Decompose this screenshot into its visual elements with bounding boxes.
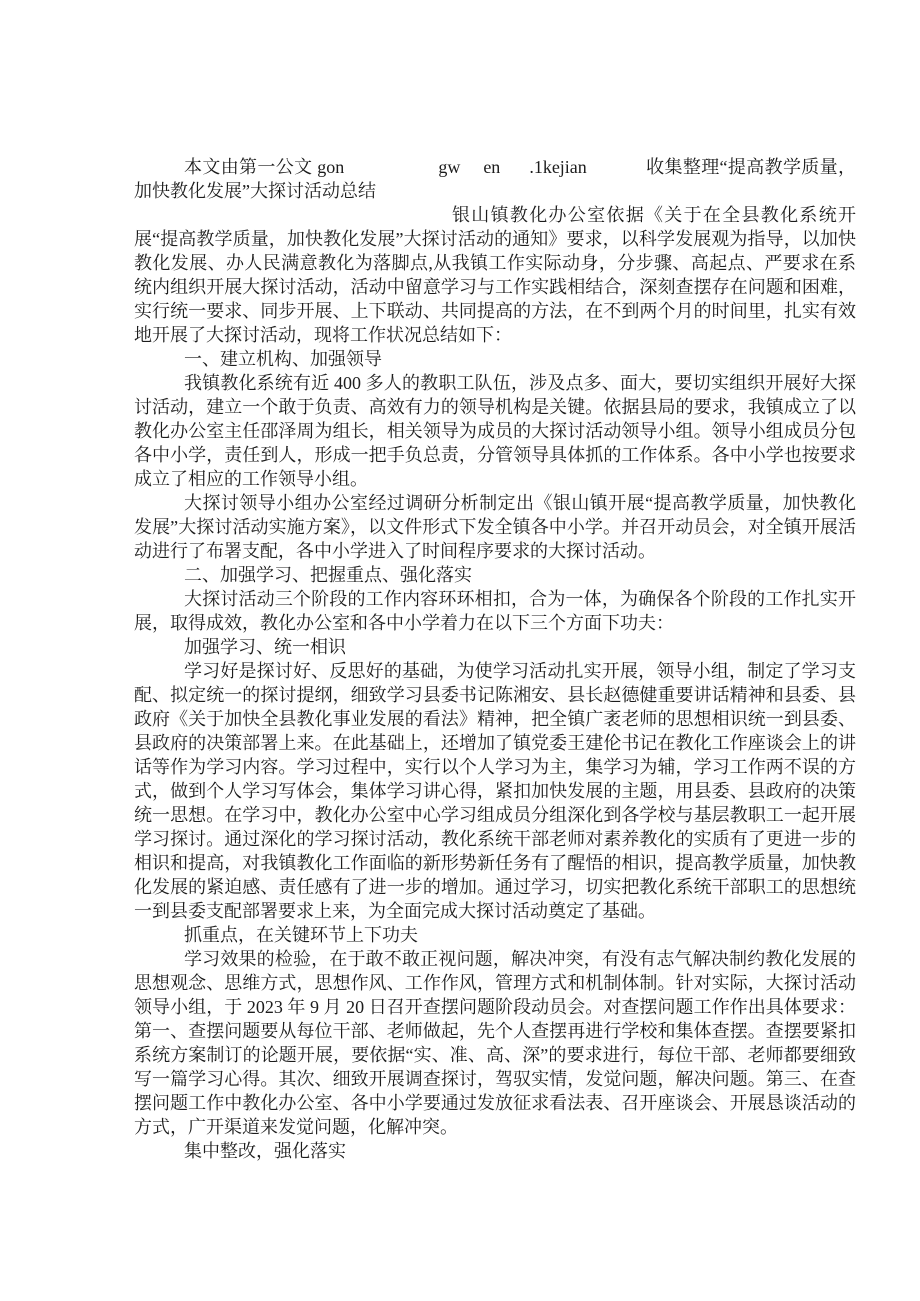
paragraph-study-activities: 学习好是探讨好、反思好的基础，为使学习活动扎实开展，领导小组，制定了学习支配、拟… <box>134 659 856 923</box>
paragraph-problem-inspection: 学习效果的检验，在于敢不敢正视问题，解决冲突，有没有志气解决制约教化发展的思想观… <box>134 947 856 1139</box>
subheading-strengthen-study: 加强学习、统一相识 <box>134 635 856 659</box>
source-segment-kejian: .1kejian <box>529 157 586 177</box>
subheading-key-links: 抓重点，在关键环节上下功夫 <box>134 923 856 947</box>
subheading-rectification: 集中整改，强化落实 <box>134 1139 856 1163</box>
heading-section-1: 一、建立机构、加强领导 <box>134 347 856 371</box>
source-segment-prefix: 本文由第一公文 gon <box>184 157 344 177</box>
paragraph-organization: 我镇教化系统有近 400 多人的教职工队伍，涉及点多、面大，要切实组织开展好大探… <box>134 371 856 491</box>
source-attribution-line: 本文由第一公文 gongwen.1kejian收集整理“提高教学质量，加快教化发… <box>134 155 856 203</box>
paragraph-three-stages: 大探讨活动三个阶段的工作内容环环相扣，合为一体，为确保各个阶段的工作扎实开展，取… <box>134 587 856 635</box>
paragraph-implementation-plan: 大探讨领导小组办公室经过调研分析制定出《银山镇开展“提高教学质量，加快教化发展”… <box>134 491 856 563</box>
source-segment-en: en <box>483 157 500 177</box>
paragraph-opening: 银山镇教化办公室依据《关于在全县教化系统开展“提高教学质量，加快教化发展”大探讨… <box>134 203 856 347</box>
document-page: 本文由第一公文 gongwen.1kejian收集整理“提高教学质量，加快教化发… <box>0 0 920 1301</box>
source-segment-gw: gw <box>438 157 460 177</box>
heading-section-2: 二、加强学习、把握重点、强化落实 <box>134 563 856 587</box>
document-text: 本文由第一公文 gongwen.1kejian收集整理“提高教学质量，加快教化发… <box>134 155 856 1163</box>
